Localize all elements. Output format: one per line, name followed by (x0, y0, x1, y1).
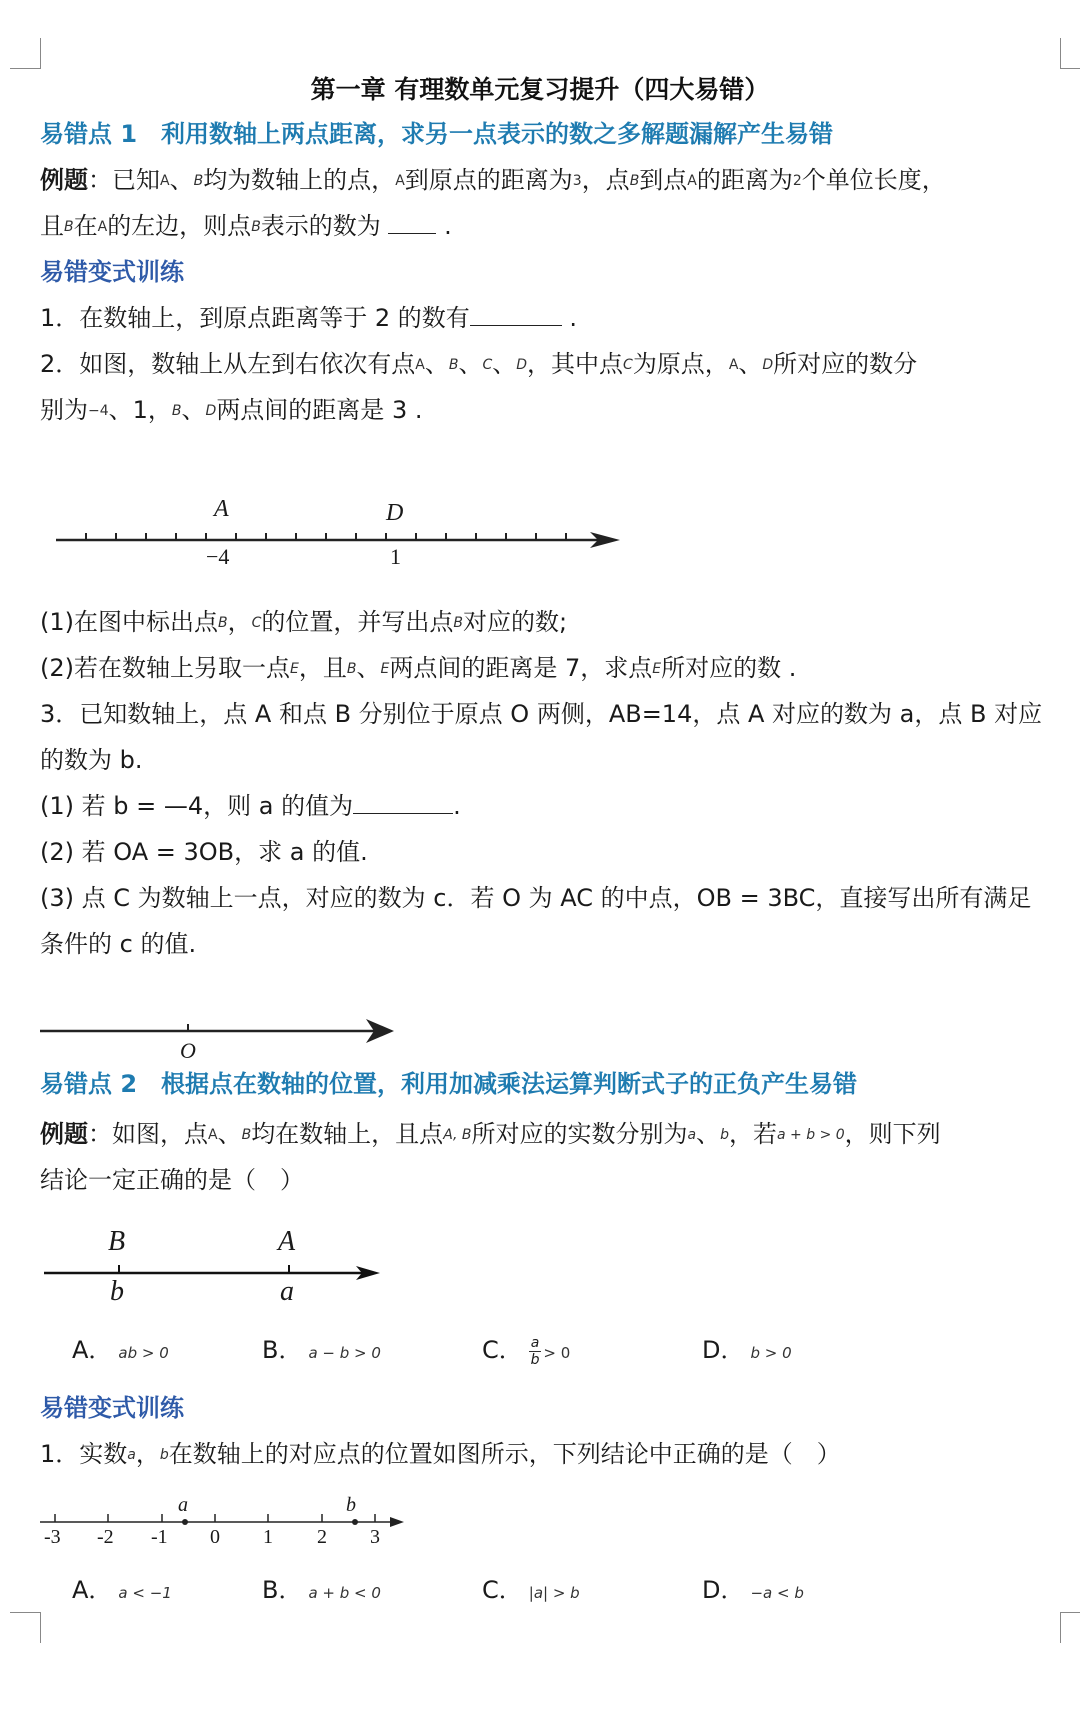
option2-B[interactable]: B．a + b < 0 (262, 1574, 381, 1609)
axis4-tick: -1 (151, 1526, 168, 1549)
text-fragment: D． (702, 1576, 744, 1604)
axis4-tick: -2 (97, 1526, 114, 1549)
axis4-tick: 2 (317, 1526, 327, 1549)
axis4-tick: 1 (263, 1526, 273, 1549)
axis4-point-a: a (178, 1494, 188, 1517)
option2-A[interactable]: A．a < −1 (72, 1574, 172, 1609)
axis4-tick: 0 (210, 1526, 220, 1549)
text-fragment: a < −1 (118, 1584, 171, 1602)
option2-C[interactable]: C．|a| > b (482, 1574, 580, 1609)
number-line-figure-4 (0, 0, 1080, 1714)
text-fragment: C． (482, 1576, 523, 1604)
option2-D[interactable]: D．−a < b (702, 1574, 804, 1609)
text-fragment: A． (72, 1576, 112, 1604)
axis4-tick: 3 (370, 1526, 380, 1549)
axis4-point-b: b (346, 1494, 356, 1517)
text-fragment: −a < b (750, 1584, 803, 1602)
axis4-tick: -3 (44, 1526, 61, 1549)
text-fragment: B． (262, 1576, 302, 1604)
text-fragment: a + b < 0 (308, 1584, 380, 1602)
text-fragment: |a| > b (529, 1584, 580, 1602)
